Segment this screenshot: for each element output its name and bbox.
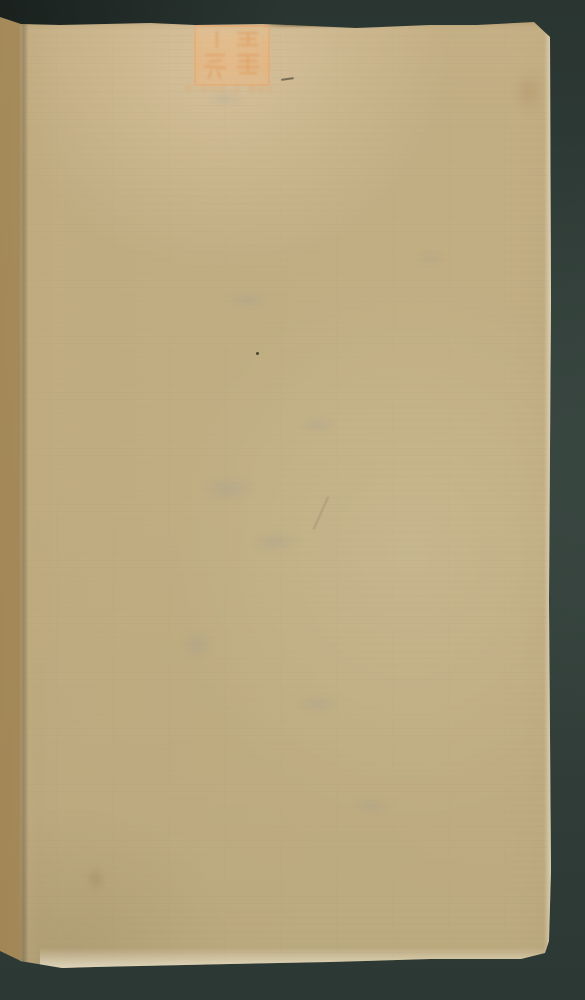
show-through-smudge bbox=[352, 798, 390, 813]
show-through-smudge bbox=[182, 630, 214, 660]
show-through-smudge bbox=[296, 696, 336, 712]
show-through-smudge bbox=[208, 92, 242, 106]
show-through-smudge bbox=[252, 532, 298, 552]
library-seal-stamp bbox=[194, 25, 270, 86]
show-through-smudge bbox=[418, 252, 444, 264]
show-through-smudge bbox=[300, 418, 336, 432]
show-through-smudge bbox=[200, 476, 256, 502]
scanned-book-page-photo: LVB 1.004-90 bbox=[0, 0, 585, 1000]
seal-character-strokes bbox=[196, 27, 268, 84]
ink-speck bbox=[256, 352, 259, 355]
paper-texture bbox=[0, 0, 585, 1000]
smudge-bottom-left bbox=[86, 866, 106, 892]
book-page: LVB 1.004-90 bbox=[0, 0, 585, 1000]
show-through-smudge bbox=[226, 292, 268, 308]
stain-top-right bbox=[512, 68, 546, 116]
